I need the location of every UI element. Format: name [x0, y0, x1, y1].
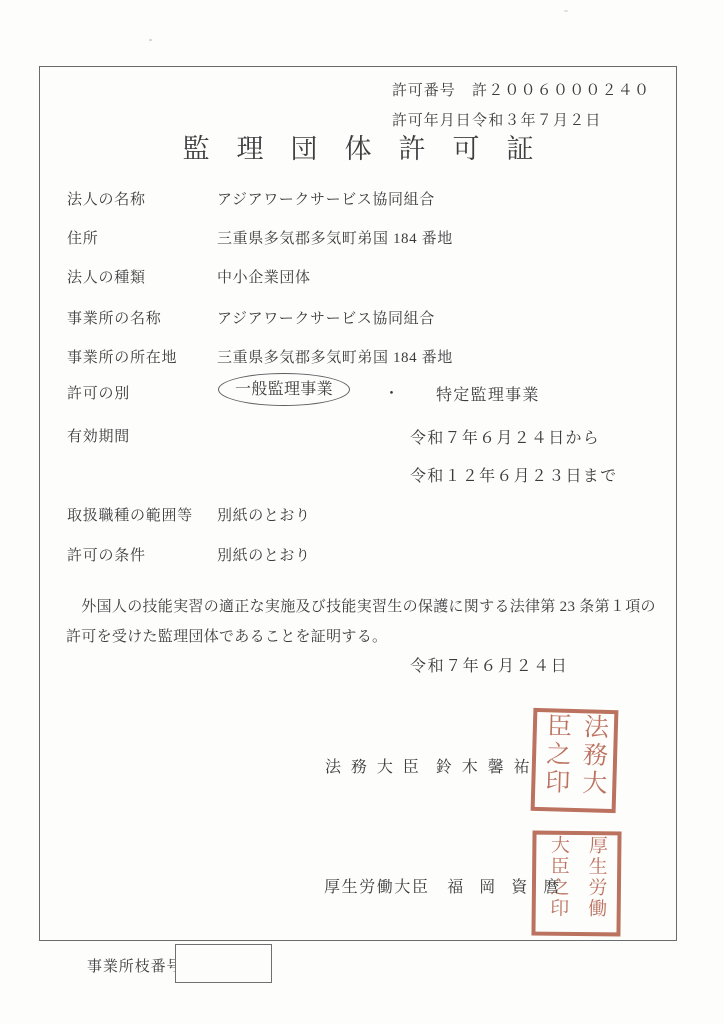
permit-conditions-value: 別紙のとおり — [217, 544, 311, 565]
office-name-label: 事業所の名称 — [67, 307, 162, 328]
certification-line-2: 許可を受けた監理団体であることを証明する。 — [66, 622, 666, 652]
permit-type-unselected: 特定監理事業 — [436, 382, 540, 405]
permit-type-separator-dot: ・ — [384, 382, 399, 403]
issue-date: 令和７年６月２４日 — [410, 653, 568, 676]
office-name-value: アジアワークサービス協同組合 — [217, 307, 435, 328]
justice-minister-seal-stamp: 法務大臣之印 — [531, 708, 619, 813]
justice-minister-name: 鈴木馨祐 — [436, 759, 540, 776]
permit-type-label: 許可の別 — [67, 382, 130, 403]
health-labour-minister-title: 厚生労働大臣 — [324, 879, 430, 896]
corporate-name-value: アジアワークサービス協同組合 — [217, 188, 435, 209]
permit-number-value: 許２００６０００２４０ — [472, 79, 650, 100]
certification-line-1: 外国人の技能実習の適正な実施及び技能実習生の保護に関する法律第 23 条第１項の — [66, 592, 666, 622]
permit-conditions-label: 許可の条件 — [67, 544, 146, 565]
scan-speck — [149, 39, 152, 41]
job-scope-label: 取扱職種の範囲等 — [67, 504, 193, 525]
permit-number-label: 許可番号 — [392, 79, 456, 100]
address-label: 住所 — [67, 227, 99, 248]
office-branch-number-box — [175, 944, 272, 983]
certificate-title: 監理団体許可証 — [40, 127, 676, 166]
health-labour-minister-signature: 厚生労働大臣福岡資麿 — [324, 874, 575, 897]
corporate-type-value: 中小企業団体 — [217, 266, 311, 287]
certificate-frame: 許可番号 許２００６０００２４０ 許可年月日 令和３年７月２日 監理団体許可証 … — [39, 66, 677, 941]
office-address-label: 事業所の所在地 — [67, 346, 177, 367]
office-branch-number-label: 事業所枝番号 — [87, 955, 182, 976]
justice-minister-signature: 法務大臣鈴木馨祐 — [325, 754, 540, 777]
job-scope-value: 別紙のとおり — [217, 504, 311, 525]
corporate-name-label: 法人の名称 — [67, 188, 146, 209]
certification-statement: 外国人の技能実習の適正な実施及び技能実習生の保護に関する法律第 23 条第１項の… — [66, 592, 666, 652]
scan-speck — [564, 10, 568, 12]
validity-period-label: 有効期間 — [67, 425, 130, 446]
scanned-certificate-page: 許可番号 許２００６０００２４０ 許可年月日 令和３年７月２日 監理団体許可証 … — [0, 0, 724, 1024]
health-labour-minister-name: 福岡資麿 — [447, 879, 575, 896]
justice-minister-title: 法務大臣 — [325, 759, 429, 776]
permit-type-selected-circled: 一般監理事業 — [218, 373, 350, 406]
address-value: 三重県多気郡多気町弟国 184 番地 — [217, 227, 453, 248]
office-address-value: 三重県多気郡多気町弟国 184 番地 — [217, 346, 453, 367]
validity-from-date: 令和７年６月２４日から — [410, 425, 600, 448]
validity-to-date: 令和１２年６月２３日まで — [410, 463, 617, 486]
corporate-type-label: 法人の種類 — [67, 266, 146, 287]
